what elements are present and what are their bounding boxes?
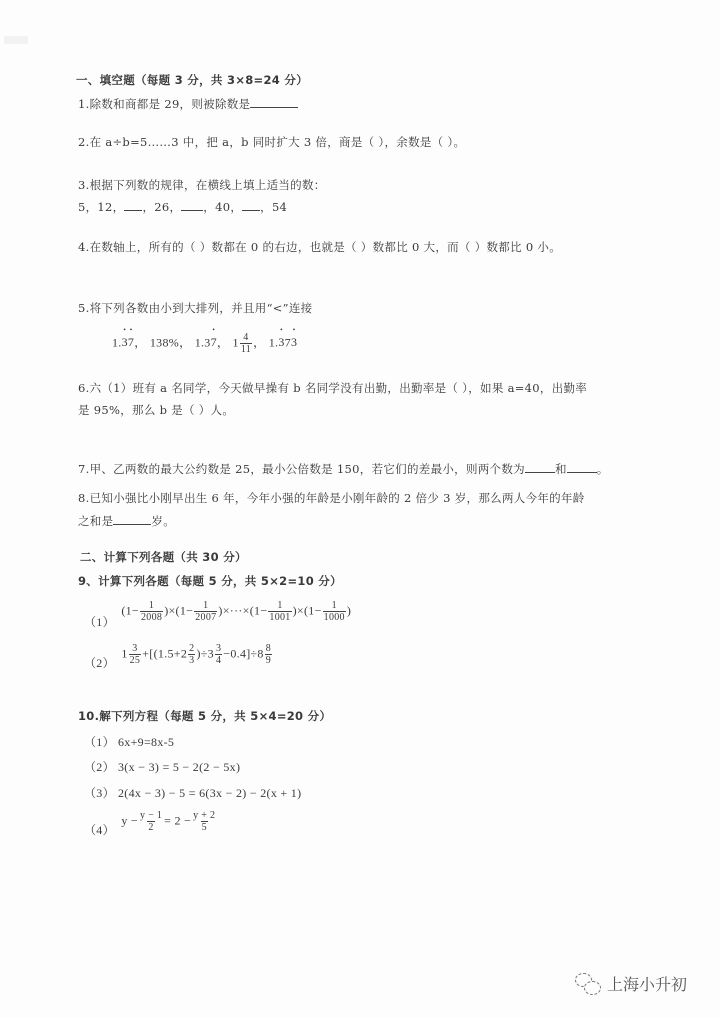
denominator: 11 [240, 343, 252, 355]
question-10-4: （4） y −y − 12= 2 −y + 25 [84, 810, 217, 833]
expr-part: 1 [121, 646, 127, 660]
denominator: 5 [201, 821, 208, 833]
denominator: 4 [215, 654, 222, 666]
denominator: 3 [188, 654, 195, 666]
num-part: 1. [269, 335, 279, 349]
denominator: 9 [265, 654, 272, 666]
denominator: 25 [129, 654, 142, 666]
question-9-1: （1） (1−12008)×(1−12007)×···×(1−11001)×(1… [84, 600, 351, 623]
answer-blank [242, 200, 260, 211]
num-part: 138% [150, 335, 179, 349]
separator: ， [179, 335, 191, 349]
numerator: 3 [131, 643, 138, 654]
question-4: 4.在数轴上，所有的（ ）数都在 0 的右边，也就是（ ）数都比 0 大，而（ … [78, 239, 561, 255]
question-8-text: 之和是 [78, 514, 113, 528]
answer-blank [113, 514, 151, 525]
num-part: 1.3 [195, 335, 211, 349]
question-1: 1.除数和商都是 29，则被除数是 [78, 96, 298, 112]
seq-part: ，40， [203, 200, 242, 214]
fraction: 89 [265, 643, 272, 666]
expr-part: y − [121, 813, 138, 827]
question-7: 7.甲、乙两数的最大公约数是 25，最小公倍数是 150，若它们的差最小，则两个… [78, 461, 609, 477]
denominator: 2 [147, 821, 154, 833]
numerator: y − 1 [139, 810, 163, 821]
question-10-title: 10.解下列方程（每题 5 分，共 5×4=20 分） [78, 708, 331, 724]
question-10-3: （3）2(4x − 3) − 5 = 6(3x − 2) − 2(x + 1) [84, 784, 301, 801]
question-5-text: 5.将下列各数由小到大排列，并且用“<”连接 [78, 300, 312, 316]
sub-label: （1） [84, 733, 118, 750]
answer-blank [124, 200, 142, 211]
sub-label: （2） [84, 654, 118, 671]
numerator: 1 [148, 600, 155, 611]
equation: 2(4x − 3) − 5 = 6(3x − 2) − 2(x + 1) [118, 786, 301, 800]
expr-part: = 2 − [164, 813, 191, 827]
repeating-digit: 7 [211, 335, 217, 350]
fraction: 12008 [140, 600, 163, 623]
watermark-text: 上海小升初 [607, 972, 687, 995]
conjunction: 和 [555, 462, 567, 476]
answer-blank [181, 200, 203, 211]
answer-blank [567, 462, 597, 473]
numerator: 1 [331, 600, 338, 611]
question-8-line1: 8.已知小强比小刚早出生 6 年，今年小强的年龄是小刚年龄的 2 倍少 3 岁，… [78, 490, 585, 506]
numerator: 8 [265, 643, 272, 654]
question-1-text: 1.除数和商都是 29，则被除数是 [78, 97, 250, 111]
answer-blank [525, 462, 555, 473]
question-8-line2: 之和是岁。 [78, 513, 175, 529]
question-9-title: 9、计算下列各题（每题 5 分，共 5×2=10 分） [78, 573, 342, 589]
expr-part: )÷3 [196, 646, 213, 660]
numerator: 1 [202, 600, 209, 611]
question-6-line2: 是 95%，那么 b 是（ ）人。 [78, 402, 234, 418]
fraction: y − 12 [139, 810, 163, 833]
sub-label: （1） [84, 613, 118, 630]
num-part: 1 [233, 335, 239, 349]
seq-part: ，26， [142, 200, 181, 214]
numerator: y + 2 [192, 810, 216, 821]
question-3-text: 3.根据下列数的规律，在横线上填上适当的数： [78, 177, 326, 193]
num-part: 1. [112, 335, 122, 349]
repeating-digit: 3 [278, 335, 284, 350]
question-10-1: （1）6x+9=8x-5 [84, 733, 174, 750]
equation: 3(x − 3) = 5 − 2(2 − 5x) [118, 760, 240, 774]
sub-label: （3） [84, 784, 118, 801]
expr-part: (1− [121, 603, 139, 617]
fraction: 23 [188, 643, 195, 666]
separator: ， [217, 335, 229, 349]
fraction: 411 [240, 332, 252, 355]
expr-part: )×(1− [164, 603, 193, 617]
punctuation: 。 [597, 462, 609, 476]
numerator: 4 [242, 332, 249, 343]
fraction: 11000 [323, 600, 346, 623]
equation: 6x+9=8x-5 [118, 735, 174, 749]
question-10-2: （2）3(x − 3) = 5 − 2(2 − 5x) [84, 758, 240, 775]
fraction: y + 25 [192, 810, 216, 833]
question-8-text: 岁。 [151, 514, 175, 528]
question-2: 2.在 a÷b=5……3 中，把 a，b 同时扩大 3 倍，商是（ ），余数是（… [78, 134, 465, 150]
wechat-icon [575, 973, 601, 995]
separator: ， [253, 335, 265, 349]
answer-blank [250, 97, 298, 108]
numerator: 2 [188, 643, 195, 654]
expr-part: −0.4]÷8 [223, 646, 263, 660]
numerator: 3 [215, 643, 222, 654]
question-3-sequence: 5，12，，26，，40，，54 [78, 199, 287, 215]
sub-label: （2） [84, 758, 118, 775]
seq-part: ，54 [260, 200, 287, 214]
sub-label: （4） [84, 821, 118, 838]
scan-artifact [4, 36, 28, 44]
fraction: 12007 [194, 600, 217, 623]
question-6-line1: 6.六（1）班有 a 名同学，今天做早操有 b 名同学没有出勤，出勤率是（ ），… [78, 380, 587, 396]
section2-title: 二、计算下列各题（共 30 分） [80, 549, 247, 565]
seq-part: 5，12， [78, 200, 124, 214]
denominator: 2008 [140, 611, 163, 623]
fraction: 325 [129, 643, 142, 666]
repeating-digit: 7 [128, 335, 134, 350]
expr-part: )×···×(1− [218, 603, 267, 617]
numerator: 1 [276, 600, 283, 611]
expr-part: )×(1− [293, 603, 322, 617]
question-9-2: （2） 1325+[(1.5+223)÷334−0.4]÷889 [84, 643, 273, 666]
denominator: 1001 [268, 611, 291, 623]
watermark: 上海小升初 [575, 972, 687, 995]
question-7-text: 7.甲、乙两数的最大公约数是 25，最小公倍数是 150，若它们的差最小，则两个… [78, 462, 525, 476]
expr-part: +[(1.5+2 [142, 646, 187, 660]
denominator: 2007 [194, 611, 217, 623]
fraction: 34 [215, 643, 222, 666]
expr-part: ) [347, 603, 351, 617]
section1-title: 一、填空题（每题 3 分，共 3×8=24 分） [76, 72, 308, 88]
fraction: 11001 [268, 600, 291, 623]
question-5-numbers: 1.37， 138%， 1.37， 1411， 1.373 [112, 332, 297, 355]
repeating-digit: 3 [291, 335, 297, 350]
separator: ， [134, 335, 146, 349]
denominator: 1000 [323, 611, 346, 623]
